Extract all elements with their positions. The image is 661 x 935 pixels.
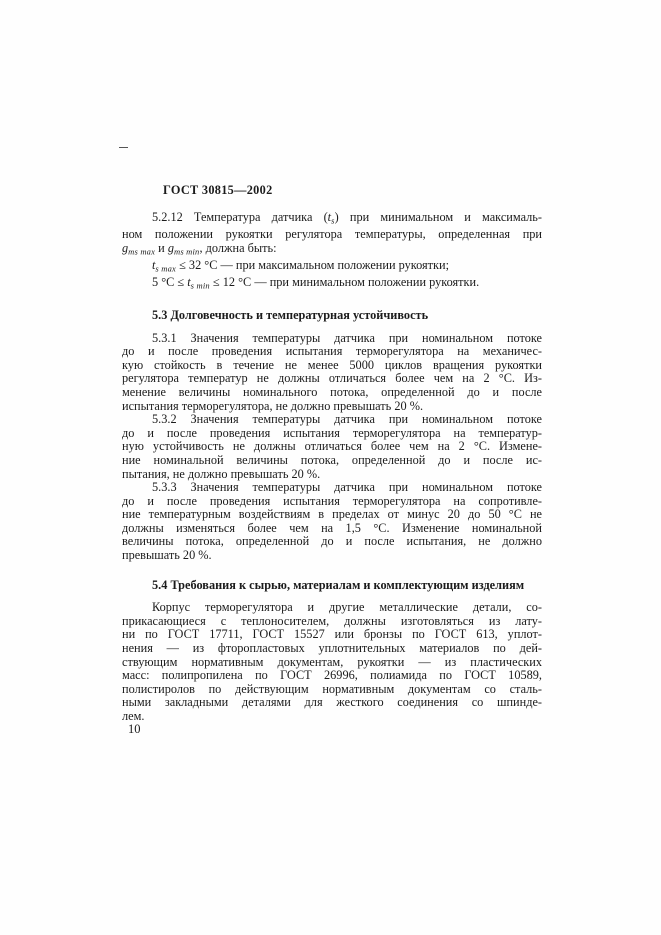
text-line: до и после проведения испытания терморег… — [122, 427, 542, 441]
text-line: 5.4 Требования к сырью, материалам и ком… — [122, 579, 542, 593]
text-run: , должна быть: — [200, 241, 277, 255]
text-line: лем. — [122, 710, 542, 724]
text-run: до и после проведения испытания терморег… — [122, 426, 542, 440]
text-line: ние температурным воздействиям в предела… — [122, 508, 542, 522]
text-line: ными закладными деталями для жесткого со… — [122, 696, 542, 710]
text-run: кую стойкость в течение не менее 5000 ци… — [122, 358, 542, 372]
text-run: до и после проведения испытания терморег… — [122, 344, 542, 358]
text-line: 5.3 Долговечность и температурная устойч… — [122, 309, 542, 323]
text-run: ние номинальной величины потока, определ… — [122, 453, 542, 467]
text-line: gms max и gms min, должна быть: — [122, 242, 542, 259]
subscript-run: s max — [155, 263, 176, 273]
text-run: лем. — [122, 709, 144, 723]
text-run: величины потока, определенной до и после… — [122, 534, 542, 548]
subscript-run: ms min — [174, 246, 200, 256]
text-run: прикасающиеся с теплоносителем, должны и… — [122, 614, 542, 628]
text-run: менение величины номинального потока, оп… — [122, 385, 542, 399]
subscript-run: s min — [191, 280, 210, 290]
text-line: полистиролов по действующим нормативным … — [122, 683, 542, 697]
text-line: испытания терморегулятора, не должно пре… — [122, 400, 542, 414]
subscript-run: ms max — [128, 246, 155, 256]
text-line: 5.3.1 Значения температуры датчика при н… — [122, 332, 542, 346]
paragraph: 5.3.1 Значения температуры датчика при н… — [122, 332, 542, 414]
text-run: ную устойчивость не должны отличаться бо… — [122, 439, 542, 453]
text-run: регулятора температур не должны отличать… — [122, 371, 542, 385]
text-run: ≤ 32 °С — при максимальном положении рук… — [176, 258, 449, 272]
text-line: ние номинальной величины потока, определ… — [122, 454, 542, 468]
text-line: Корпус терморегулятора и другие металлич… — [122, 601, 542, 615]
text-run: ствующим нормативным документам, рукоятк… — [122, 655, 542, 669]
text-run: масс: полипропилена по ГОСТ 26996, полиа… — [122, 668, 542, 682]
text-run: ≤ 12 °С — при минимальном положении руко… — [210, 275, 479, 289]
text-line: ствующим нормативным документам, рукоятк… — [122, 656, 542, 670]
text-line: 5 °С ≤ ts min ≤ 12 °С — при минимальном … — [122, 276, 542, 293]
document-body: 5.2.12 Температура датчика (ts) при мини… — [122, 211, 542, 724]
paragraph: 5.3.2 Значения температуры датчика при н… — [122, 413, 542, 481]
text-line: масс: полипропилена по ГОСТ 26996, полиа… — [122, 669, 542, 683]
text-run: ном положении рукоятки регулятора темпер… — [122, 227, 542, 241]
text-run: должны изменяться более чем на 1,5 °С. И… — [122, 521, 542, 535]
text-line: ни по ГОСТ 17711, ГОСТ 15527 или бронзы … — [122, 628, 542, 642]
text-run: 5.3.3 Значения температуры датчика при н… — [152, 480, 542, 494]
text-run: до и после проведения испытания терморег… — [122, 494, 542, 508]
text-line: 5.2.12 Температура датчика (ts) при мини… — [122, 211, 542, 228]
text-run: 5.2.12 Температура датчика ( — [152, 210, 328, 224]
paragraph: 5.2.12 Температура датчика (ts) при мини… — [122, 211, 542, 293]
text-run: 5.4 Требования к сырью, материалам и ком… — [152, 578, 524, 592]
text-run: пытания, не должно превышать 20 %. — [122, 467, 320, 481]
text-line: 5.3.2 Значения температуры датчика при н… — [122, 413, 542, 427]
text-run: ) при минимальном и максималь- — [335, 210, 542, 224]
text-run: и — [155, 241, 168, 255]
text-line: ts max ≤ 32 °С — при максимальном положе… — [122, 259, 542, 276]
text-line: регулятора температур не должны отличать… — [122, 372, 542, 386]
text-line: величины потока, определенной до и после… — [122, 535, 542, 549]
text-line: пытания, не должно превышать 20 %. — [122, 468, 542, 482]
text-run: полистиролов по действующим нормативным … — [122, 682, 542, 696]
text-run: 5.3 Долговечность и температурная устойч… — [152, 308, 428, 322]
text-line: ную устойчивость не должны отличаться бо… — [122, 440, 542, 454]
scan-artifact-dash — [119, 147, 128, 148]
text-line: прикасающиеся с теплоносителем, должны и… — [122, 615, 542, 629]
text-run: 5 °С ≤ — [152, 275, 187, 289]
paragraph: 5.3.3 Значения температуры датчика при н… — [122, 481, 542, 563]
section-heading: 5.3 Долговечность и температурная устойч… — [122, 309, 542, 323]
text-line: должны изменяться более чем на 1,5 °С. И… — [122, 522, 542, 536]
text-run: 5.3.1 Значения температуры датчика при н… — [152, 331, 542, 345]
paragraph: Корпус терморегулятора и другие металлич… — [122, 601, 542, 723]
text-line: до и после проведения испытания терморег… — [122, 345, 542, 359]
text-run: ние температурным воздействиям в предела… — [122, 507, 542, 521]
text-run: 5.3.2 Значения температуры датчика при н… — [152, 412, 542, 426]
text-line: кую стойкость в течение не менее 5000 ци… — [122, 359, 542, 373]
text-line: до и после проведения испытания терморег… — [122, 495, 542, 509]
section-heading: 5.4 Требования к сырью, материалам и ком… — [122, 579, 542, 593]
text-line: превышать 20 %. — [122, 549, 542, 563]
text-line: ном положении рукоятки регулятора темпер… — [122, 228, 542, 242]
page-number: 10 — [128, 722, 141, 737]
text-line: 5.3.3 Значения температуры датчика при н… — [122, 481, 542, 495]
text-run: нения — из фторопластовых уплотнительных… — [122, 641, 542, 655]
text-line: менение величины номинального потока, оп… — [122, 386, 542, 400]
text-line: нения — из фторопластовых уплотнительных… — [122, 642, 542, 656]
text-run: ни по ГОСТ 17711, ГОСТ 15527 или бронзы … — [122, 627, 542, 641]
document-page: ГОСТ 30815—2002 5.2.12 Температура датчи… — [0, 0, 661, 935]
text-run: ными закладными деталями для жесткого со… — [122, 695, 542, 709]
text-run: испытания терморегулятора, не должно пре… — [122, 399, 423, 413]
text-run: Корпус терморегулятора и другие металлич… — [152, 600, 542, 614]
text-run: превышать 20 %. — [122, 548, 212, 562]
document-header: ГОСТ 30815—2002 — [163, 183, 273, 198]
